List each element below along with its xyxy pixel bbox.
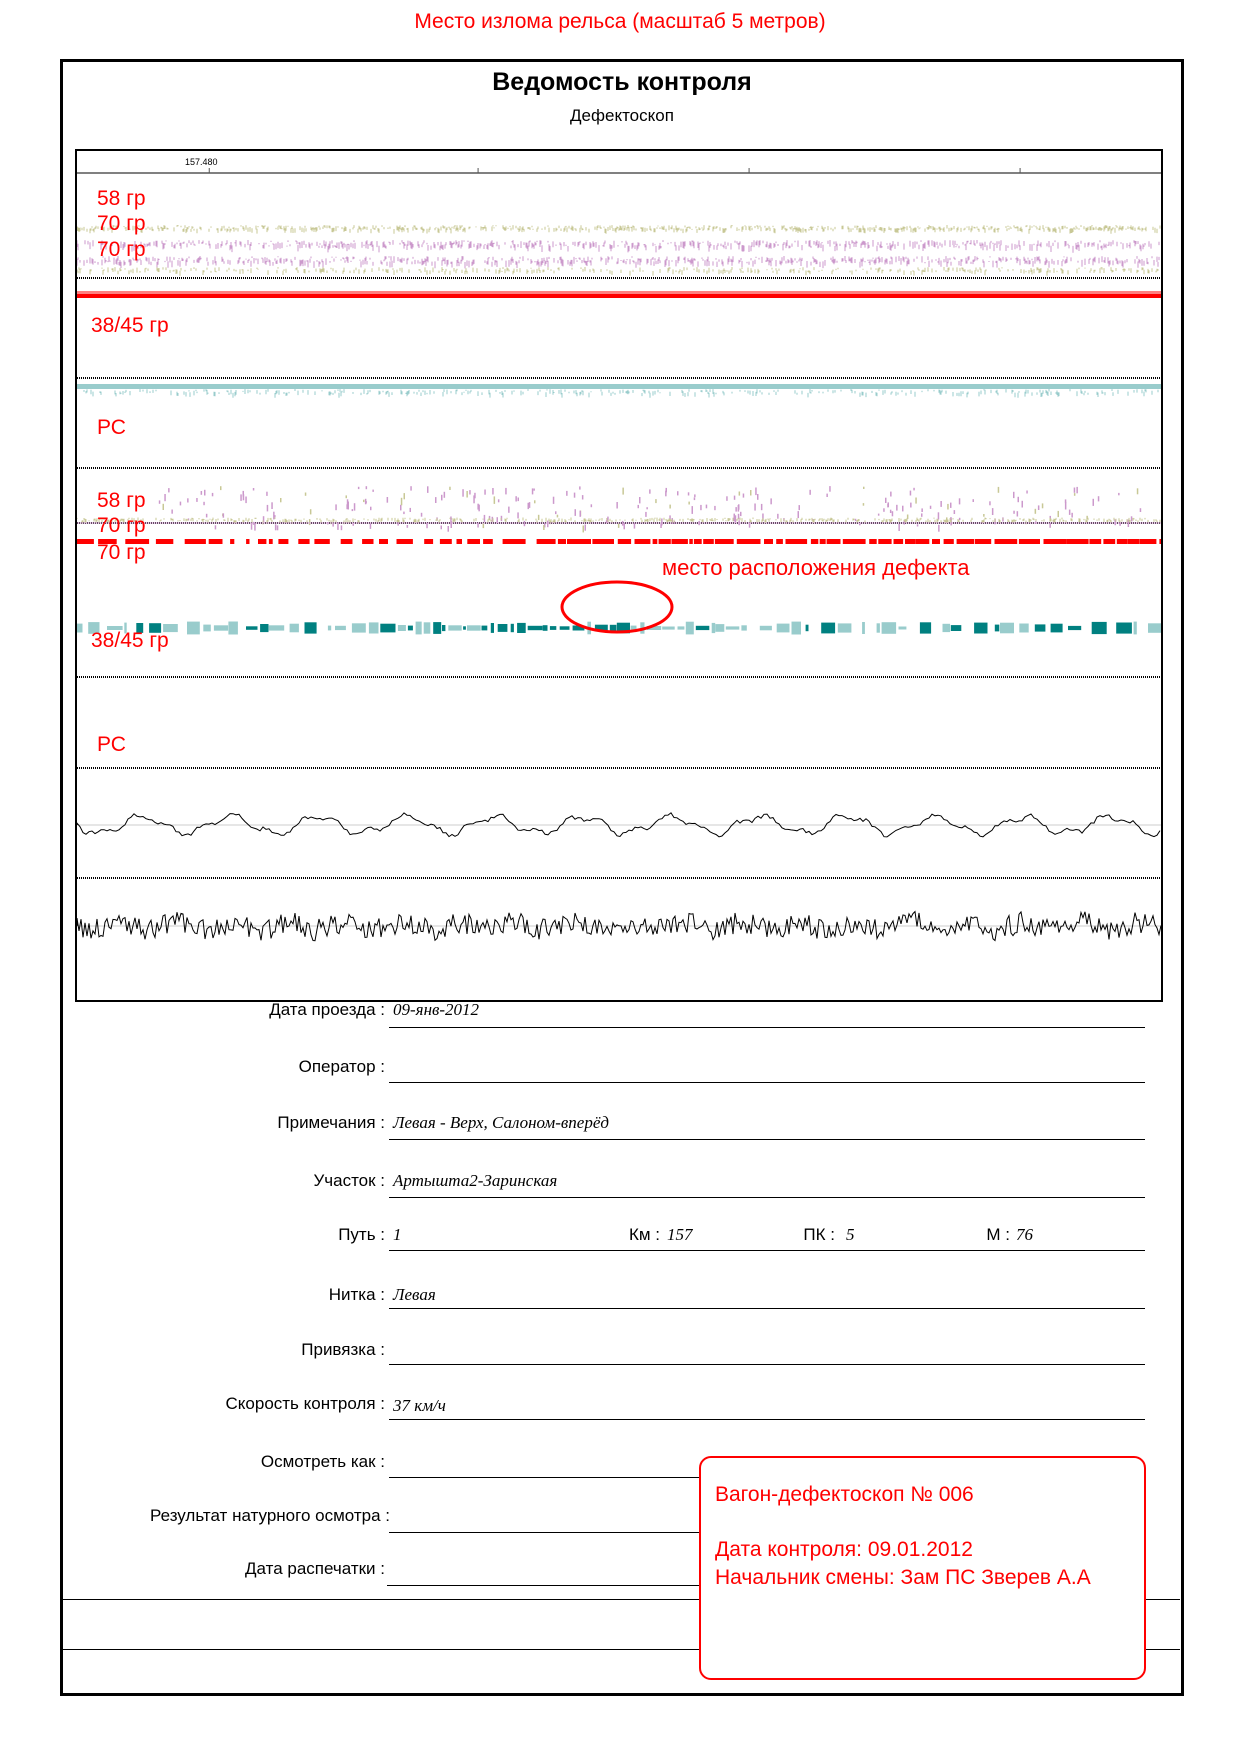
channel-label: РС — [97, 734, 126, 755]
channel-label: 70 гр — [97, 515, 146, 536]
channel-label: 70 гр — [97, 542, 146, 563]
section-value[interactable]: Артышта2-Заринская — [393, 1171, 557, 1191]
track-value[interactable]: 1 — [393, 1225, 402, 1245]
stamp-car-number: Вагон-дефектоскоп № 006 — [715, 1483, 974, 1507]
notes-underline — [389, 1139, 1145, 1140]
document-subtitle: Дефектоскоп — [60, 106, 1184, 126]
date-label: Дата проезда : — [80, 1000, 385, 1020]
track-label: Путь : — [80, 1225, 385, 1245]
speed-label: Скорость контроля : — [80, 1394, 385, 1414]
defectogram-canvas: 157.480 — [77, 151, 1161, 1000]
speed-value[interactable]: 37 км/ч — [393, 1396, 446, 1416]
channel-label: 58 гр — [97, 188, 146, 209]
rail-label: Нитка : — [80, 1285, 385, 1305]
m-value[interactable]: 76 — [1016, 1225, 1033, 1245]
date-value[interactable]: 09-янв-2012 — [393, 1000, 479, 1020]
svg-text:157.480: 157.480 — [185, 157, 218, 167]
defectogram-chart: 157.480 58 гр 70 гр 70 гр 38/45 гр РС 58… — [75, 149, 1163, 1002]
speed-underline — [389, 1419, 1145, 1420]
channel-label: 38/45 гр — [91, 315, 169, 336]
channel-label: 38/45 гр — [91, 630, 169, 651]
km-value[interactable]: 157 — [667, 1225, 693, 1245]
section-underline — [389, 1197, 1145, 1198]
channel-label: РС — [97, 417, 126, 438]
notes-value[interactable]: Левая - Верх, Салоном-вперёд — [393, 1113, 609, 1133]
km-label: Км : — [560, 1225, 660, 1245]
pk-value[interactable]: 5 — [846, 1225, 855, 1245]
channel-label: 70 гр — [97, 213, 146, 234]
channel-label: 58 гр — [97, 490, 146, 511]
channel-label: 70 гр — [97, 239, 146, 260]
result-label: Результат натурного осмотра : — [80, 1506, 390, 1526]
defect-location-label: место расположения дефекта — [662, 555, 970, 581]
operator-underline — [389, 1082, 1145, 1083]
inspection-stamp: Вагон-дефектоскоп № 006 Дата контроля: 0… — [699, 1456, 1146, 1680]
stamp-shift-head: Начальник смены: Зам ПС Зверев А.А — [715, 1566, 1091, 1590]
date-underline — [389, 1027, 1145, 1028]
m-label: М : — [910, 1225, 1010, 1245]
binding-underline — [389, 1364, 1145, 1365]
inspect-label: Осмотреть как : — [80, 1452, 385, 1472]
document-title: Ведомость контроля — [60, 68, 1184, 97]
rail-value[interactable]: Левая — [393, 1285, 436, 1305]
stamp-control-date: Дата контроля: 09.01.2012 — [715, 1538, 973, 1562]
operator-label: Оператор : — [80, 1057, 385, 1077]
rail-underline — [389, 1308, 1145, 1309]
binding-label: Привязка : — [80, 1340, 385, 1360]
pk-label: ПК : — [735, 1225, 835, 1245]
annotation-title: Место излома рельса (масштаб 5 метров) — [0, 10, 1240, 34]
defect-highlight-ellipse — [555, 578, 681, 638]
track-underline — [389, 1250, 1145, 1251]
section-label: Участок : — [80, 1171, 385, 1191]
notes-label: Примечания : — [80, 1113, 385, 1133]
print-date-label: Дата распечатки : — [80, 1559, 385, 1579]
